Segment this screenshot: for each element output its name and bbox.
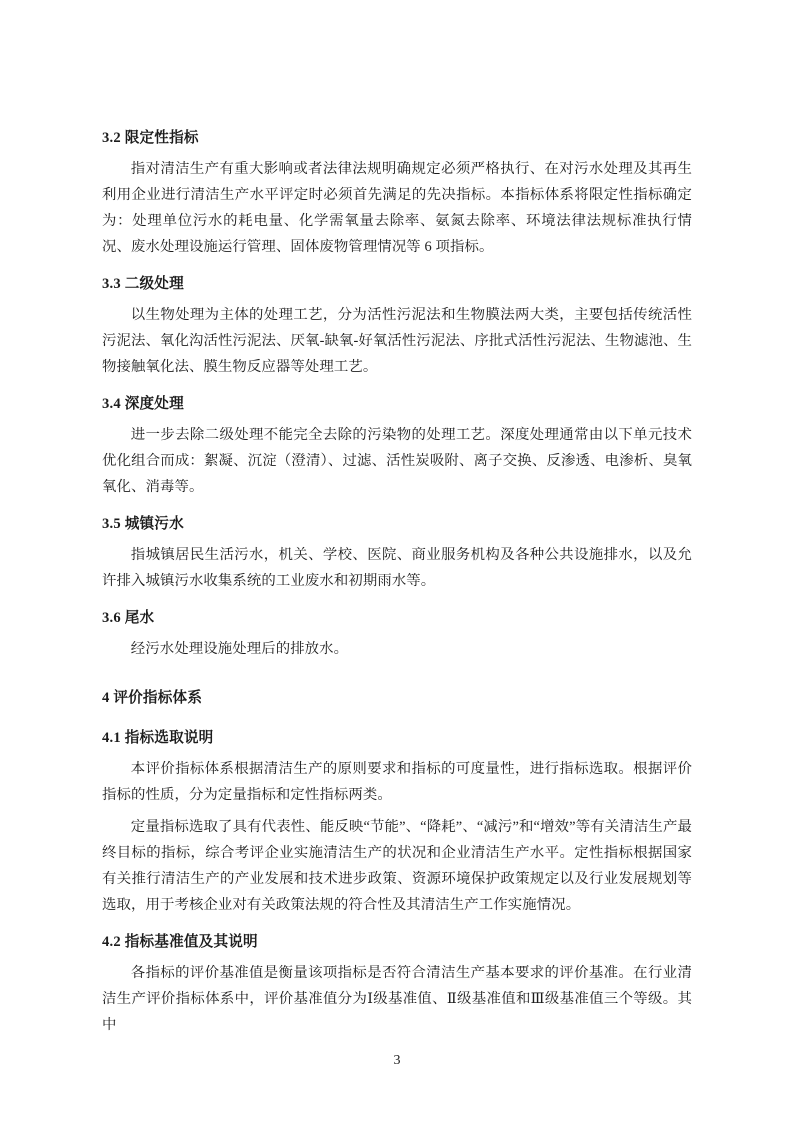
paragraph-3-2: 指对清洁生产有重大影响或者法律法规明确规定必须严格执行、在对污水处理及其再生利用…	[102, 156, 692, 260]
heading-3-3: 3.3 二级处理	[102, 272, 692, 296]
document-content: 3.2 限定性指标 指对清洁生产有重大影响或者法律法规明确规定必须严格执行、在对…	[102, 0, 692, 1074]
paragraph-4-1-b: 定量指标选取了具有代表性、能反映“节能”、“降耗”、“减污”和“增效”等有关清洁…	[102, 814, 692, 918]
paragraph-4-1-a: 本评价指标体系根据清洁生产的原则要求和指标的可度量性，进行指标选取。根据评价指标…	[102, 756, 692, 808]
heading-4-1: 4.1 指标选取说明	[102, 726, 692, 750]
heading-3-6: 3.6 尾水	[102, 606, 692, 630]
paragraph-3-3: 以生物处理为主体的处理工艺，分为活性污泥法和生物膜法两大类，主要包括传统活性污泥…	[102, 302, 692, 380]
heading-3-4: 3.4 深度处理	[102, 392, 692, 416]
document-page: 3.2 限定性指标 指对清洁生产有重大影响或者法律法规明确规定必须严格执行、在对…	[0, 0, 793, 1122]
paragraph-4-2: 各指标的评价基准值是衡量该项指标是否符合清洁生产基本要求的评价基准。在行业清洁生…	[102, 960, 692, 1038]
heading-4: 4 评价指标体系	[102, 686, 692, 710]
page-number: 3	[102, 1048, 692, 1074]
heading-3-2: 3.2 限定性指标	[102, 126, 692, 150]
paragraph-3-6: 经污水处理设施处理后的排放水。	[102, 636, 692, 662]
paragraph-3-4: 进一步去除二级处理不能完全去除的污染物的处理工艺。深度处理通常由以下单元技术优化…	[102, 422, 692, 500]
heading-4-2: 4.2 指标基准值及其说明	[102, 930, 692, 954]
heading-3-5: 3.5 城镇污水	[102, 512, 692, 536]
paragraph-3-5: 指城镇居民生活污水，机关、学校、医院、商业服务机构及各种公共设施排水，以及允许排…	[102, 542, 692, 594]
